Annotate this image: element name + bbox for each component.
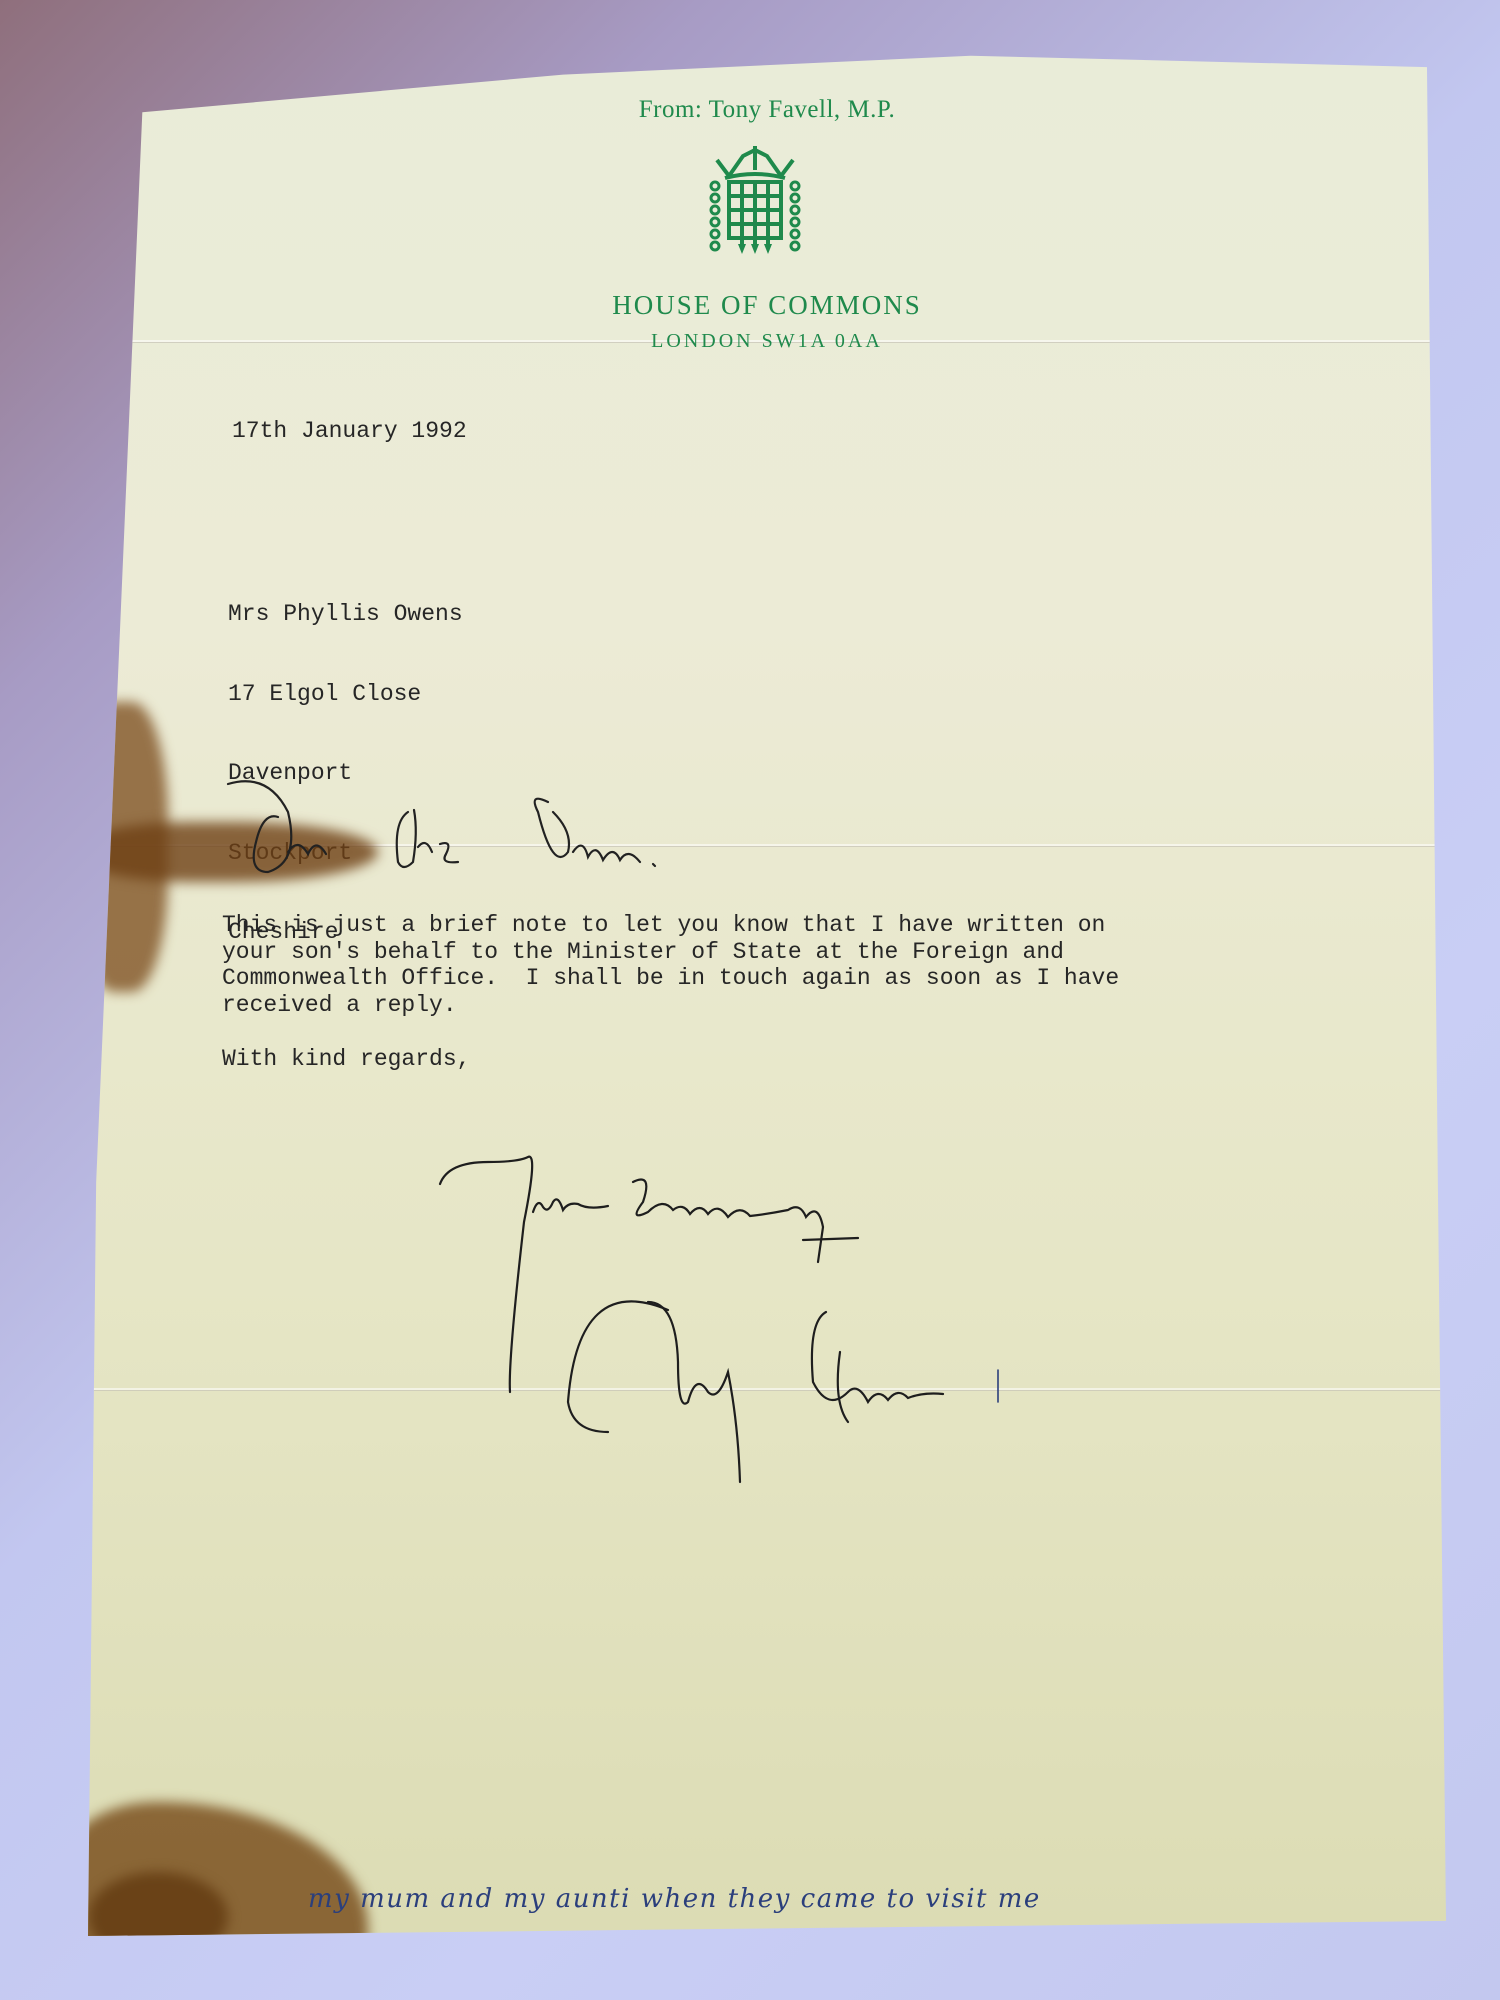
- letter-closing: With kind regards,: [222, 1046, 470, 1073]
- letter-sheet: From: Tony Favell, M.P. HOUSE OF COMMONS…: [88, 52, 1446, 1936]
- letterhead-address: LONDON SW1A 0AA: [88, 330, 1446, 353]
- recipient-name: Mrs Phyllis Owens: [228, 601, 463, 628]
- letter-body: This is just a brief note to let you kno…: [222, 912, 1119, 1018]
- letterhead-from: From: Tony Favell, M.P.: [88, 96, 1446, 124]
- handwritten-salutation: [208, 772, 858, 892]
- coffee-stain-bottom-edge: [88, 1872, 228, 1962]
- recipient-address-line: 17 Elgol Close: [228, 681, 463, 708]
- portcullis-crest-icon: [705, 146, 805, 262]
- handwritten-signoff: [428, 1102, 1328, 1502]
- handwritten-annotation: my mum and my aunti when they came to vi…: [308, 1884, 1041, 1914]
- letterhead-institution: HOUSE OF COMMONS: [88, 290, 1446, 321]
- letter-date: 17th January 1992: [232, 418, 467, 445]
